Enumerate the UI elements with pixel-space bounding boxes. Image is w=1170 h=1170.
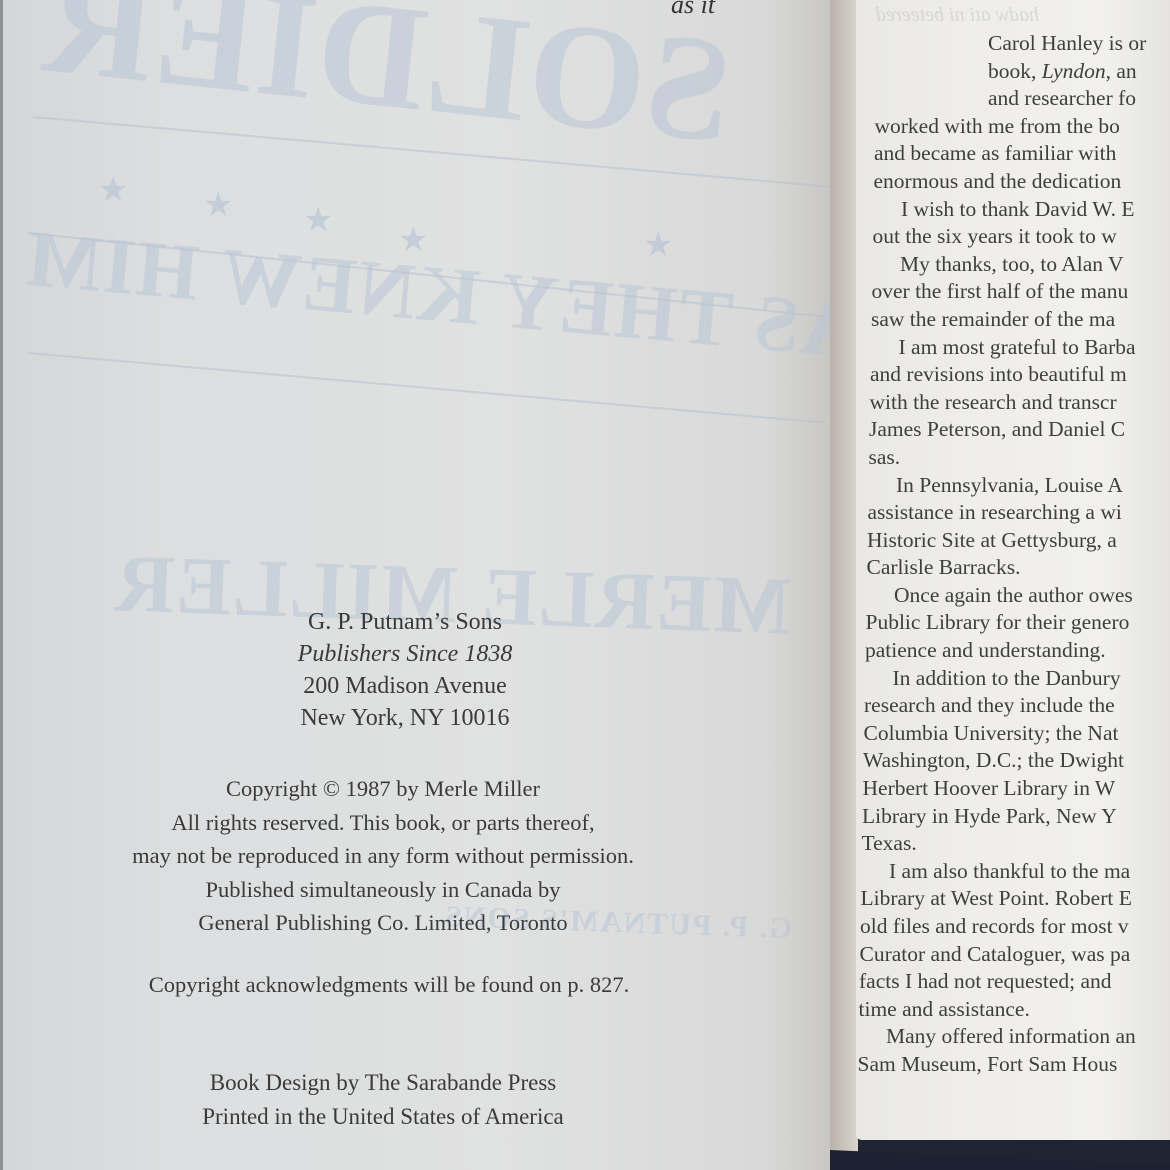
text-line: I am also thankful to the ma: [856, 858, 1170, 886]
text-line: Public Library for their genero: [856, 609, 1170, 637]
star-icon: ★: [203, 185, 233, 225]
copyright-line: Copyright © 1987 by Merle Miller: [83, 772, 683, 806]
copyright-line: may not be reproduced in any form withou…: [83, 839, 683, 873]
star-icon: ★: [98, 170, 128, 210]
text-line: over the first half of the manu: [856, 278, 1170, 306]
text-line: book, Lyndon, an: [856, 58, 1170, 86]
text-line: saw the remainder of the ma: [856, 306, 1170, 334]
text-line: Columbia University; the Nat: [856, 720, 1170, 748]
book-gutter: [830, 0, 858, 1170]
show-through-title: SOLDIER: [36, 0, 739, 178]
text-line: research and they include the: [856, 692, 1170, 720]
text-line: Once again the author owes: [856, 582, 1170, 610]
text-line: and revisions into beautiful m: [856, 361, 1170, 389]
publisher-name: G. P. Putnam’s Sons: [285, 606, 525, 638]
text-line: patience and understanding.: [856, 637, 1170, 665]
printed-in-credit: Printed in the United States of America: [163, 1100, 603, 1134]
text-line: old files and records for most v: [856, 913, 1170, 941]
copyright-line: Published simultaneously in Canada by: [83, 873, 683, 907]
text-line: facts I had not requested; and: [856, 968, 1170, 996]
right-page-acknowledgments: hadw ati ni beteered Carol Hanley is orb…: [856, 0, 1170, 1140]
copyright-block: Copyright © 1987 by Merle Miller All rig…: [83, 772, 683, 940]
text-line: Carlisle Barracks.: [856, 554, 1170, 582]
text-line: assistance in researching a wi: [856, 499, 1170, 527]
publisher-block: G. P. Putnam’s Sons Publishers Since 183…: [285, 606, 525, 734]
copyright-acknowledgments: Copyright acknowledgments will be found …: [99, 972, 679, 998]
text-line: and became as familiar with: [856, 140, 1170, 168]
publisher-address-line1: 200 Madison Avenue: [285, 670, 525, 702]
text-line: with the research and transcr: [856, 389, 1170, 417]
text-line: In Pennsylvania, Louise A: [856, 472, 1170, 500]
text-line: time and assistance.: [856, 996, 1170, 1024]
text-line: and researcher fo: [856, 85, 1170, 113]
text-line: Carol Hanley is or: [856, 30, 1170, 58]
text-line: Sam Museum, Fort Sam Hous: [856, 1051, 1170, 1079]
star-icon: ★: [643, 225, 673, 265]
publisher-tagline: Publishers Since 1838: [285, 638, 525, 670]
copyright-line: All rights reserved. This book, or parts…: [83, 806, 683, 840]
text-line: enormous and the dedication: [856, 168, 1170, 196]
text-line: out the six years it took to w: [856, 223, 1170, 251]
acknowledgments-text: Carol Hanley is orbook, Lyndon, anand re…: [856, 30, 1170, 1079]
text-line: Texas.: [856, 830, 1170, 858]
publisher-address-line2: New York, NY 10016: [285, 702, 525, 734]
text-line: Washington, D.C.; the Dwight: [856, 747, 1170, 775]
text-line: worked with me from the bo: [856, 113, 1170, 141]
text-line: sas.: [856, 444, 1170, 472]
show-through-text: hadw ati ni beteered: [876, 4, 1039, 27]
credits-block: Book Design by The Sarabande Press Print…: [163, 1066, 603, 1134]
star-icon: ★: [303, 200, 333, 240]
left-page-copyright: SOLDIER ★ ★ ★ ★ ★ AS THEY KNEW HIM MERLE…: [0, 0, 830, 1170]
book-design-credit: Book Design by The Sarabande Press: [163, 1066, 603, 1100]
text-line: Library in Hyde Park, New Y: [856, 803, 1170, 831]
text-line: James Peterson, and Daniel C: [856, 416, 1170, 444]
text-line: Library at West Point. Robert E: [856, 885, 1170, 913]
torn-fragment-text: as it: [671, 0, 715, 20]
text-line: I wish to thank David W. E: [856, 196, 1170, 224]
text-line: Herbert Hoover Library in W: [856, 775, 1170, 803]
text-line: Curator and Cataloguer, was pa: [856, 941, 1170, 969]
text-line: I am most grateful to Barba: [856, 334, 1170, 362]
copyright-line: General Publishing Co. Limited, Toronto: [83, 906, 683, 940]
text-line: In addition to the Danbury: [856, 665, 1170, 693]
text-line: My thanks, too, to Alan V: [856, 251, 1170, 279]
text-line: Historic Site at Gettysburg, a: [856, 527, 1170, 555]
text-line: Many offered information an: [856, 1023, 1170, 1051]
